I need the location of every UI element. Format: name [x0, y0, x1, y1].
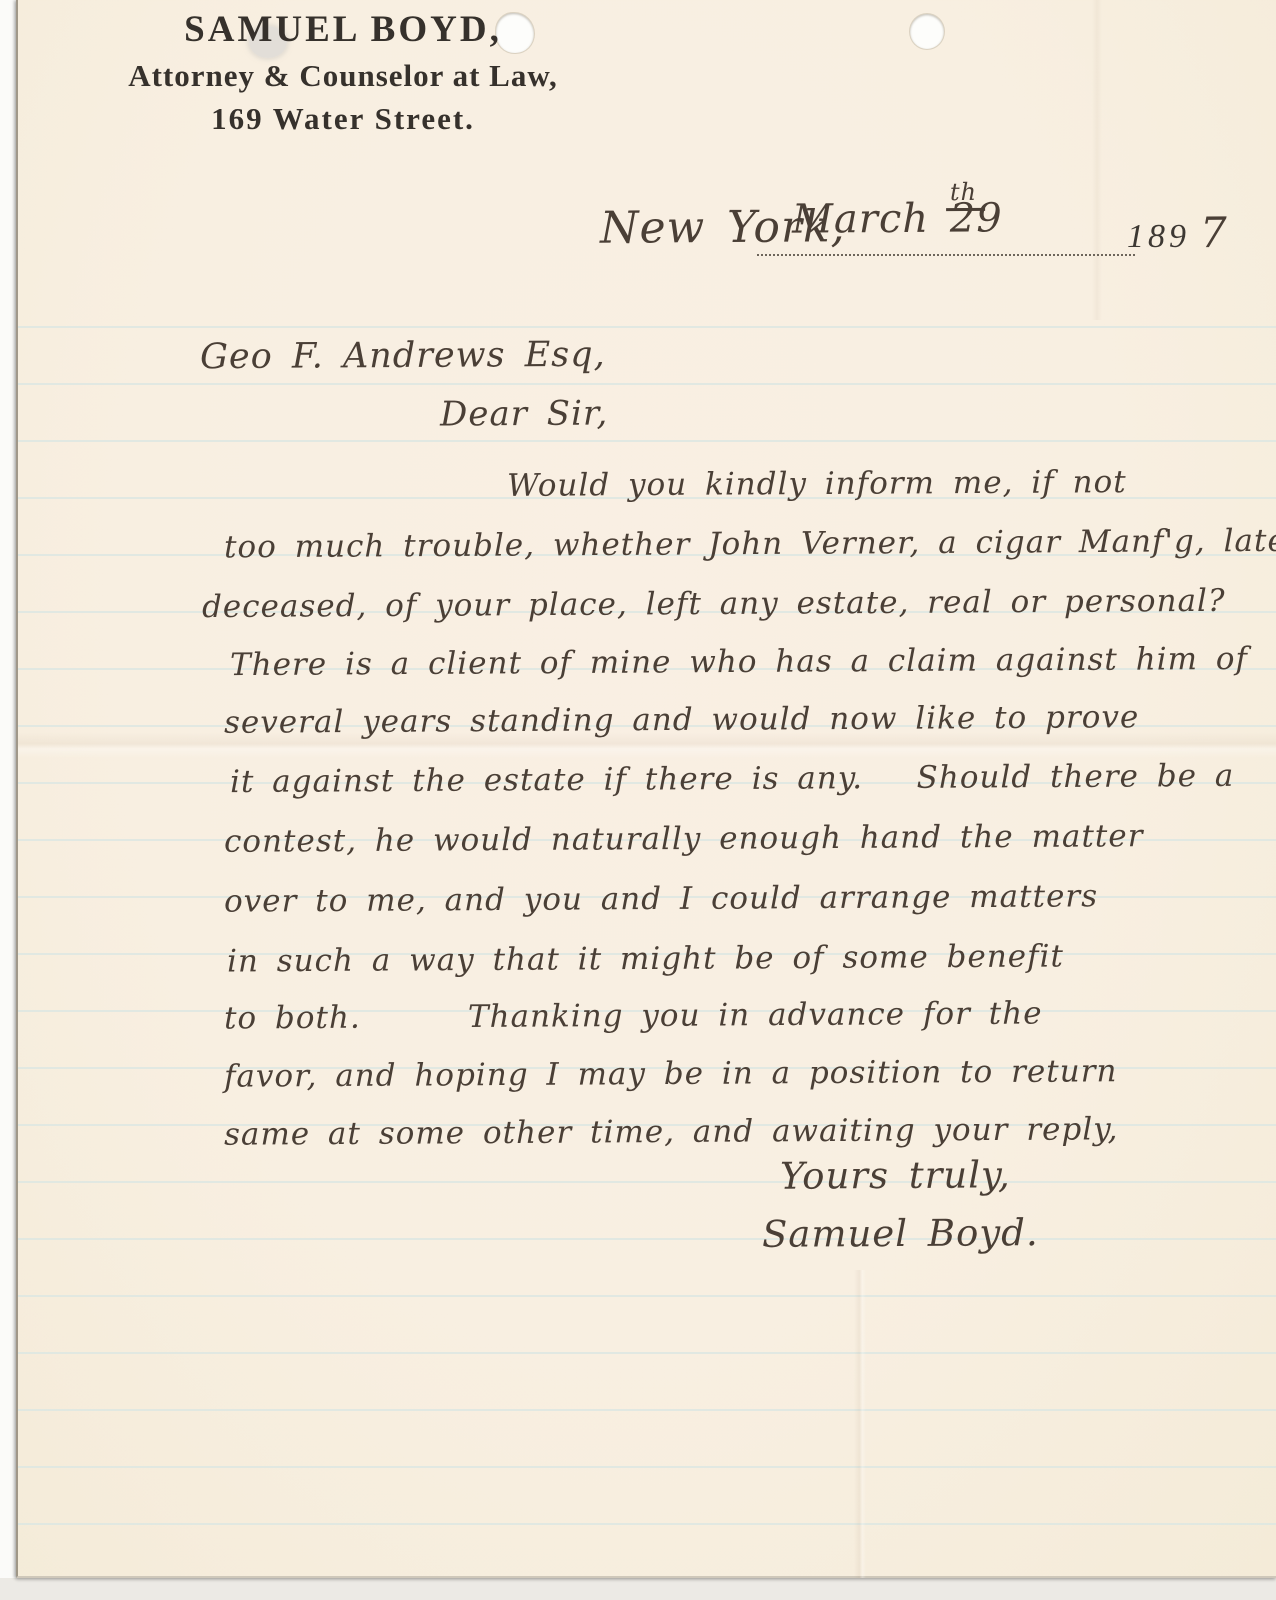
body-line-10: to both. Thanking you in advance for the [224, 996, 1043, 1037]
body-line-12: same at some other time, and awaiting yo… [224, 1111, 1119, 1152]
body-line-1: Would you kindly inform me, if not [507, 464, 1127, 504]
dateline-year-digit: 7 [1200, 208, 1228, 257]
body-line-11: favor, and hoping I may be in a position… [224, 1053, 1118, 1094]
dateline-date-suffix: th [946, 178, 985, 211]
closing-line: Yours truly, [780, 1153, 1011, 1197]
body-line-9: in such a way that it might be of some b… [227, 938, 1064, 979]
letterhead-name: SAMUEL BOYD, [38, 6, 648, 54]
recipient-line: Geo F. Andrews Esq, [200, 335, 606, 377]
body-line-8: over to me, and you and I could arrange … [224, 878, 1098, 919]
dateline-printed-year: 189 [1127, 218, 1190, 256]
body-line-4: There is a client of mine who has a clai… [230, 641, 1248, 683]
vertical-fold-crease [854, 1270, 866, 1578]
letter-paper: SAMUEL BOYD, Attorney & Counselor at Law… [16, 0, 1276, 1578]
body-line-2: too much trouble, whether John Verner, a… [224, 523, 1276, 566]
punch-hole-right [910, 14, 944, 49]
salutation-line: Dear Sir, [440, 393, 608, 434]
scan-background-bottom [0, 1578, 1276, 1600]
body-line-7: contest, he would naturally enough hand … [224, 818, 1144, 860]
body-line-3: deceased, of your place, left any estate… [202, 583, 1226, 625]
body-line-5: several years standing and would now lik… [224, 699, 1139, 741]
body-line-6: it against the estate if there is any. S… [230, 758, 1235, 800]
signature-line: Samuel Boyd. [762, 1211, 1039, 1256]
letterhead-address: 169 Water Street. [38, 98, 648, 140]
vertical-fold-crease-top [1092, 0, 1102, 320]
letterhead: SAMUEL BOYD, Attorney & Counselor at Law… [38, 6, 648, 140]
scanned-letter: SAMUEL BOYD, Attorney & Counselor at Law… [0, 0, 1276, 1600]
letterhead-title: Attorney & Counselor at Law, [38, 54, 648, 98]
